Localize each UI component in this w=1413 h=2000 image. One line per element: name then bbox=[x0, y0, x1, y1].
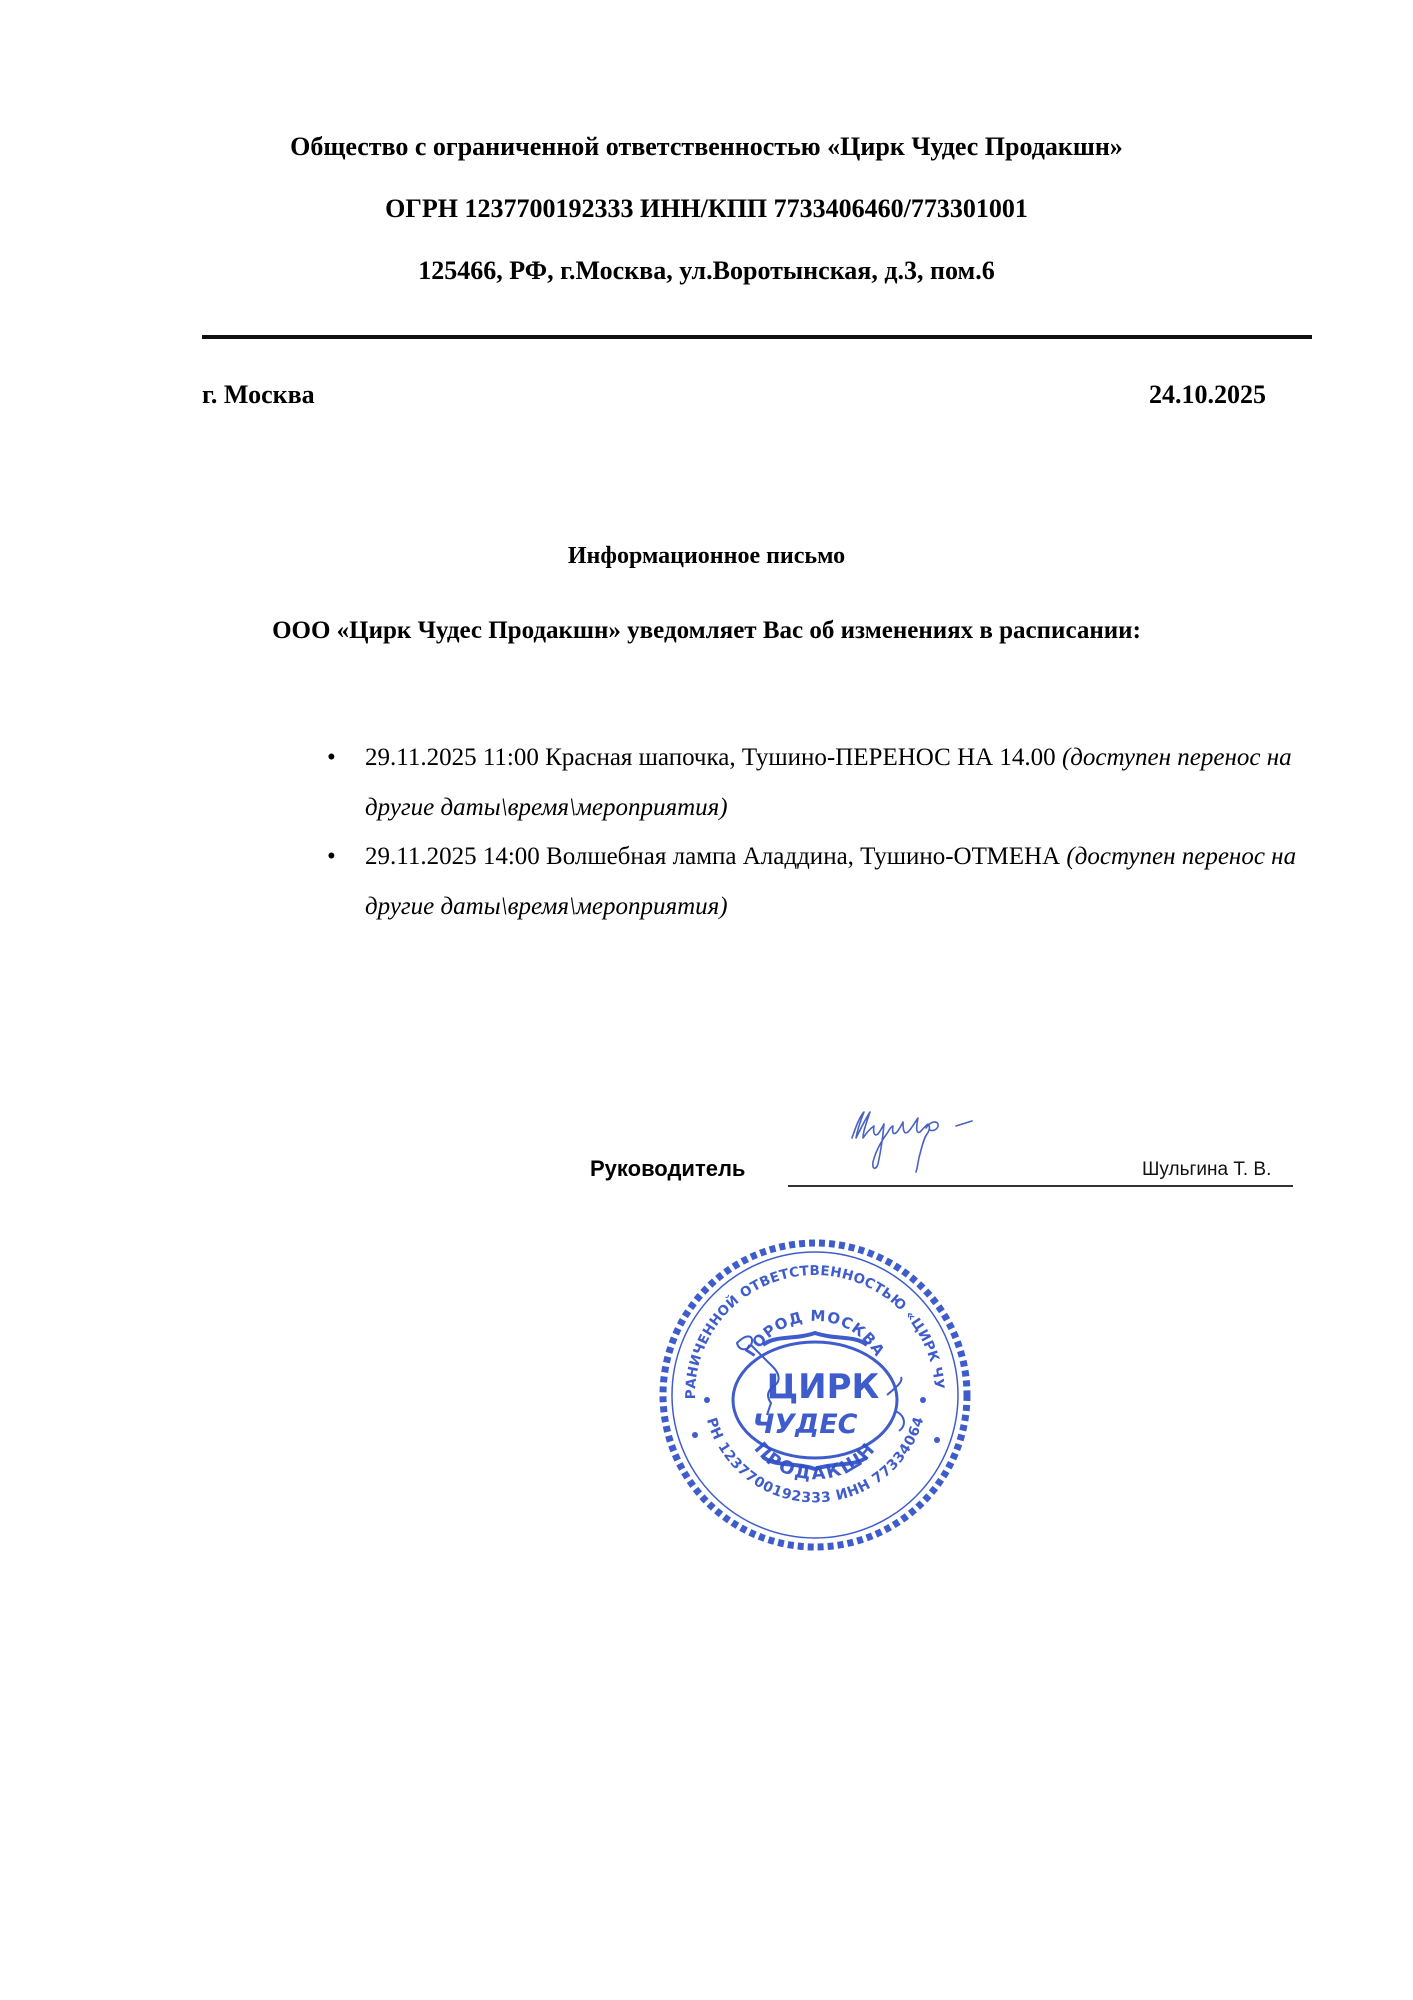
company-full-name: Общество с ограниченной ответственностью… bbox=[0, 134, 1413, 160]
header-divider bbox=[202, 335, 1312, 339]
letter-date: 24.10.2025 bbox=[1149, 382, 1266, 408]
seal-prod-text: ПРОДАКШН bbox=[750, 1438, 881, 1484]
list-item-text: 29.11.2025 11:00 Красная шапочка, Тушино… bbox=[365, 744, 1062, 771]
signer-position: Руководитель bbox=[590, 1158, 745, 1180]
schedule-changes-list: •29.11.2025 11:00 Красная шапочка, Тушин… bbox=[327, 733, 1307, 931]
signature-line bbox=[788, 1185, 1293, 1187]
svg-text:ПРОДАКШН: ПРОДАКШН bbox=[750, 1438, 881, 1484]
list-item: •29.11.2025 11:00 Красная шапочка, Тушин… bbox=[327, 733, 1307, 832]
seal-center-line1: ЦИРК bbox=[767, 1367, 880, 1407]
bullet-icon: • bbox=[327, 832, 336, 882]
letter-title: Информационное письмо bbox=[0, 544, 1413, 568]
company-registration: ОГРН 1237700192333 ИНН/КПП 7733406460/77… bbox=[0, 196, 1413, 222]
seal-center-line2: ЧУДЕС bbox=[753, 1409, 858, 1440]
handwritten-signature-icon bbox=[848, 1108, 993, 1178]
letter-city: г. Москва bbox=[202, 382, 315, 408]
company-address: 125466, РФ, г.Москва, ул.Воротынская, д.… bbox=[0, 258, 1413, 284]
company-seal-icon: ОБЩЕСТВО С ОГРАНИЧЕННОЙ ОТВЕТСТВЕННОСТЬЮ… bbox=[655, 1235, 975, 1555]
list-item: •29.11.2025 14:00 Волшебная лампа Аладди… bbox=[327, 832, 1307, 931]
bullet-icon: • bbox=[327, 733, 336, 783]
letter-intro: ООО «Цирк Чудес Продакшн» уведомляет Вас… bbox=[0, 618, 1413, 643]
signer-name: Шульгина Т. В. bbox=[1142, 1160, 1271, 1179]
list-item-text: 29.11.2025 14:00 Волшебная лампа Аладдин… bbox=[365, 843, 1066, 870]
